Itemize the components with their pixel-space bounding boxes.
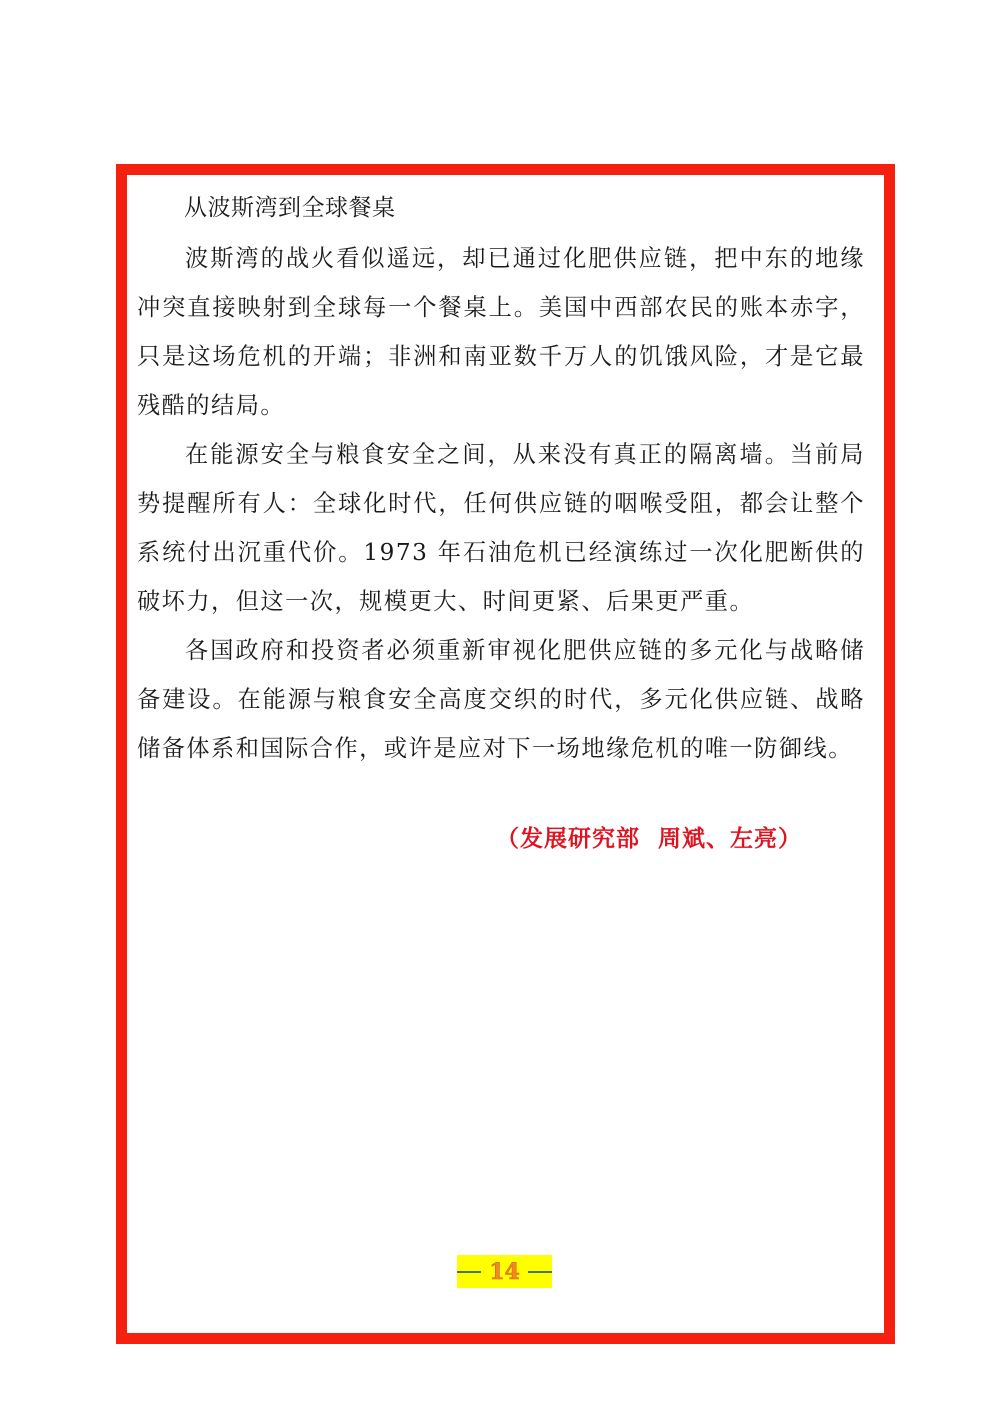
paragraph-3: 各国政府和投资者必须重新审视化肥供应链的多元化与战略储备建设。在能源与粮食安全高… — [137, 626, 865, 773]
paragraph-2: 在能源安全与粮食安全之间，从来没有真正的隔离墙。当前局势提醒所有人：全球化时代，… — [137, 430, 865, 626]
page-number-badge: 14 — [457, 1255, 552, 1288]
article-body: 从波斯湾到全球餐桌 波斯湾的战火看似遥远，却已通过化肥供应链，把中东的地缘冲突直… — [137, 188, 865, 773]
page-number: 14 — [489, 1261, 520, 1283]
paragraph-1: 波斯湾的战火看似遥远，却已通过化肥供应链，把中东的地缘冲突直接映射到全球每一个餐… — [137, 234, 865, 430]
right-dash-decoration — [528, 1271, 552, 1273]
section-title: 从波斯湾到全球餐桌 — [137, 188, 865, 228]
author-byline: （发展研究部 周斌、左亮） — [496, 820, 802, 853]
left-dash-decoration — [457, 1271, 481, 1273]
